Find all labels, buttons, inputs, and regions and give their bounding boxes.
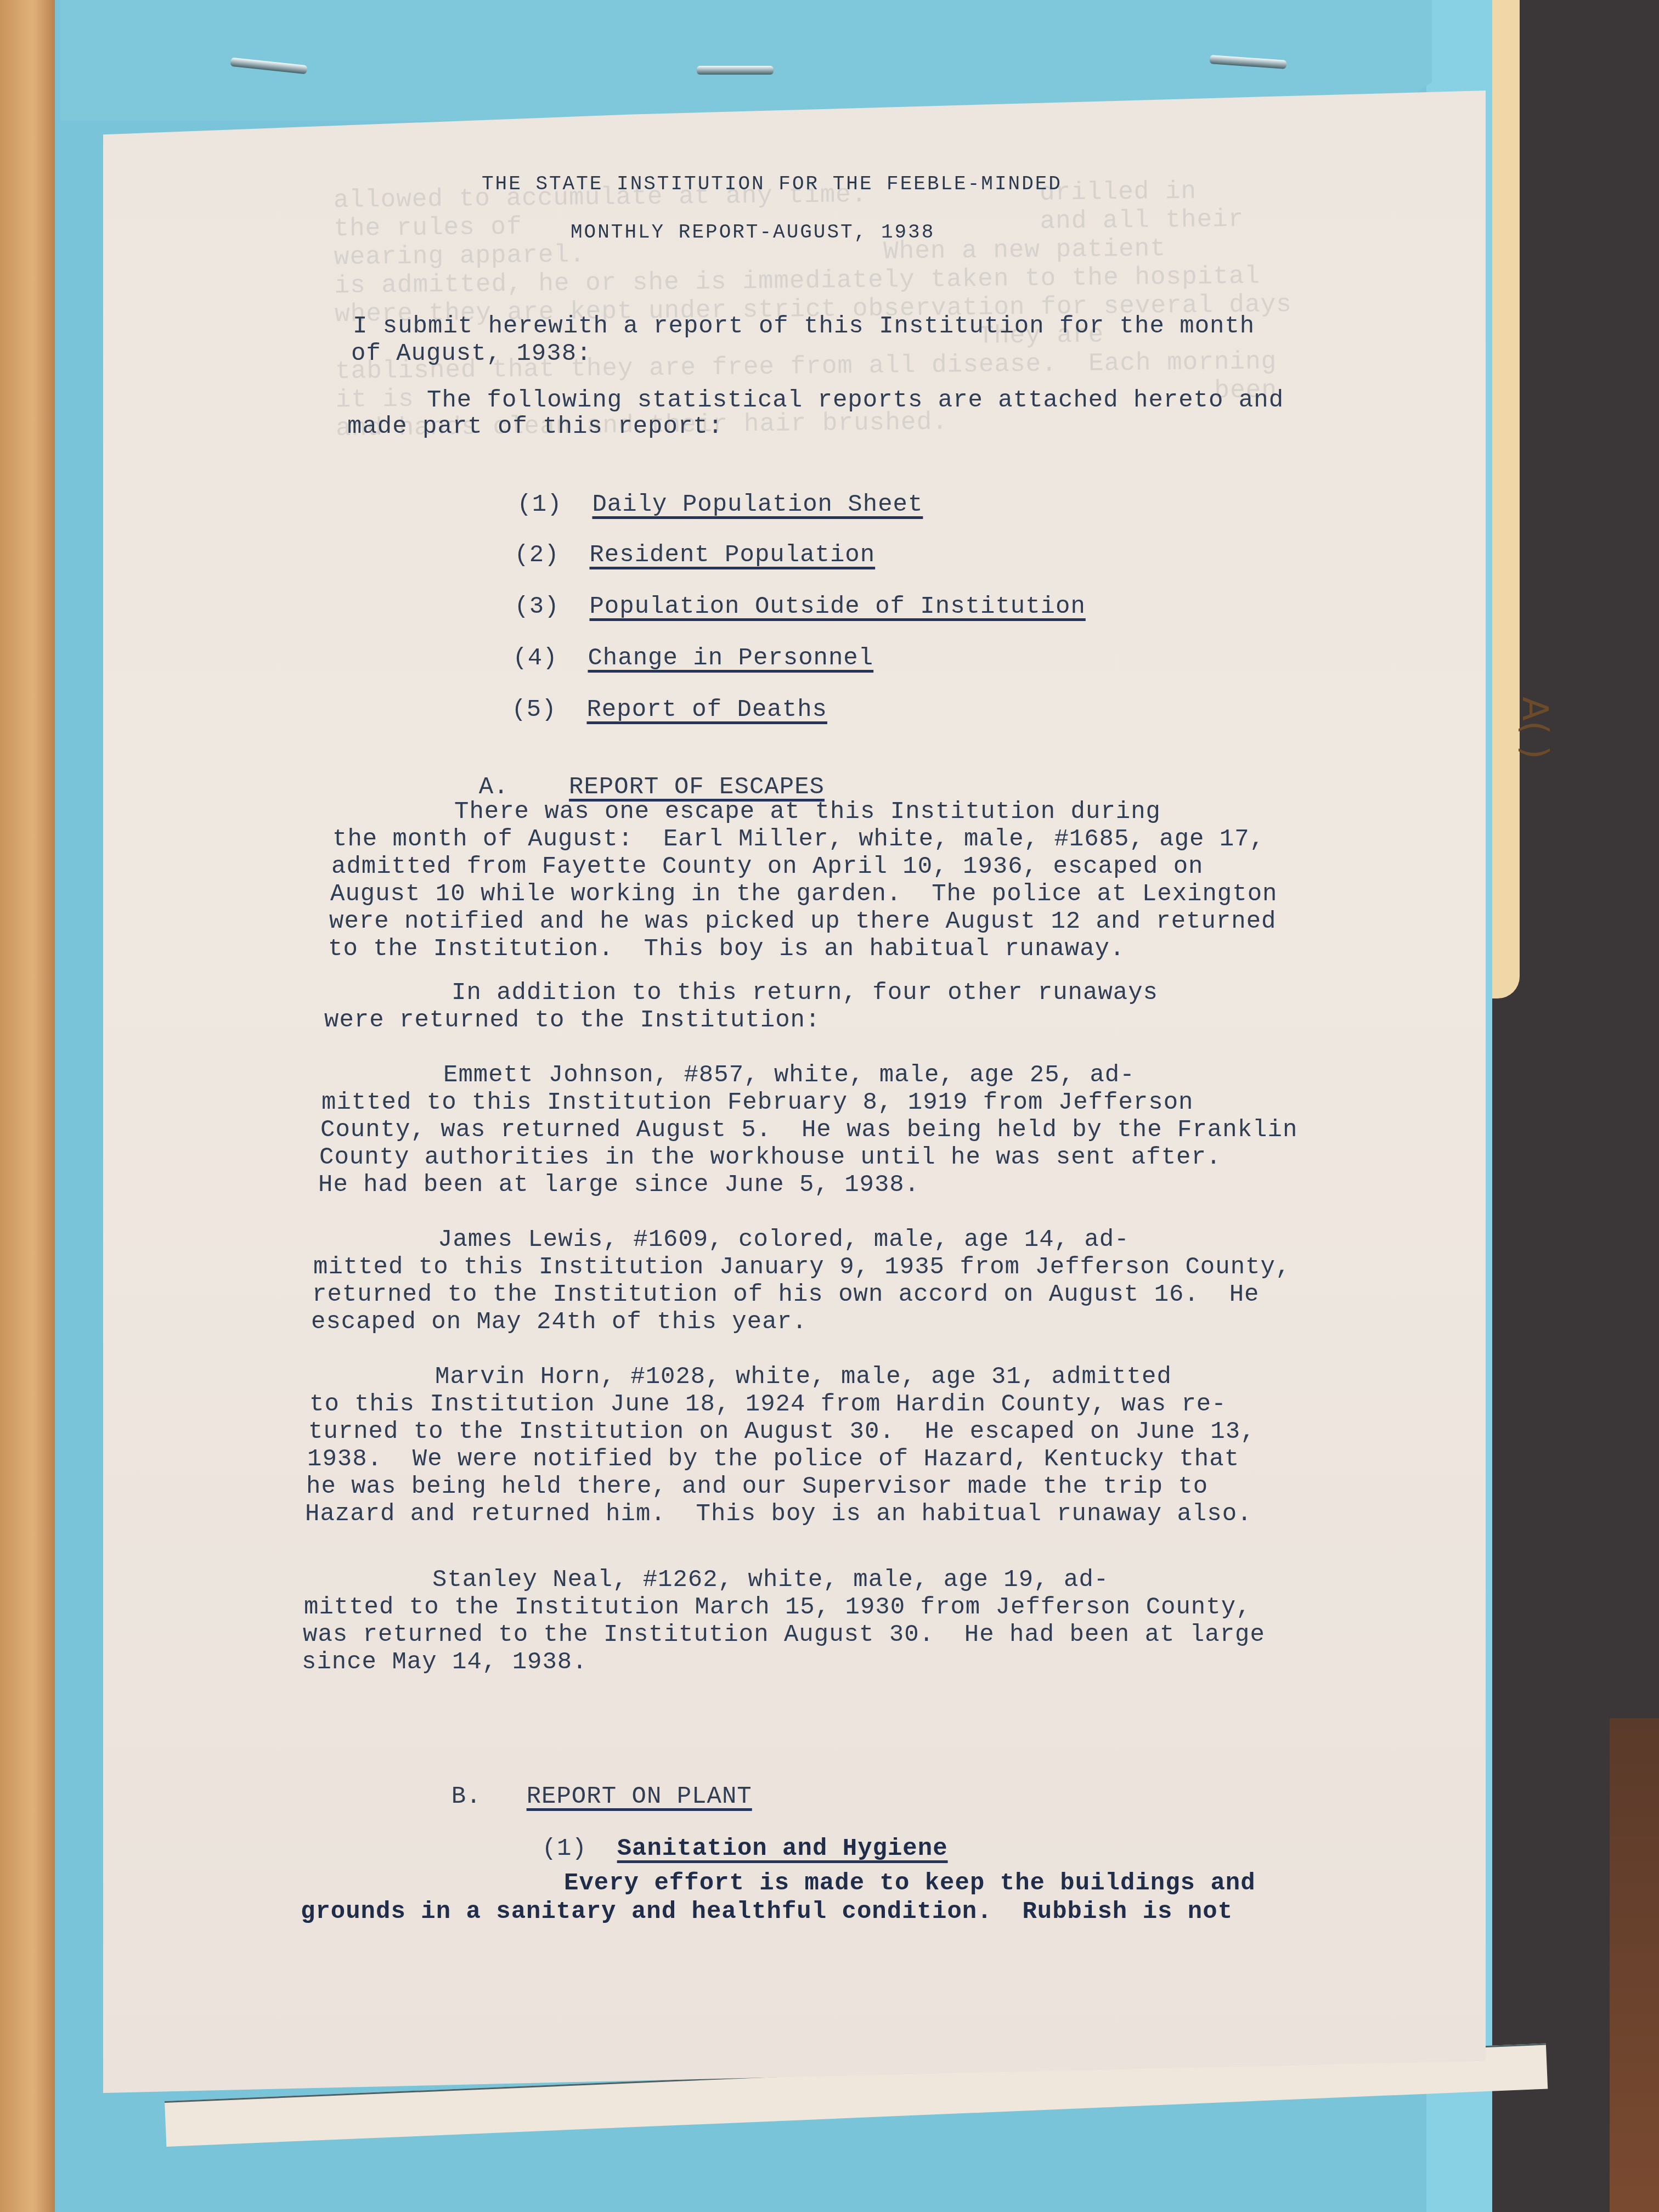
attachment-label: Population Outside of Institution: [589, 593, 1085, 620]
attachment-label: Change in Personnel: [588, 645, 873, 672]
subsection-number: (1): [542, 1835, 587, 1863]
body-line: admitted from Fayette County on April 10…: [331, 853, 1203, 881]
attachment-number: (4): [512, 645, 557, 672]
folder-tab-mark: A( ): [1514, 697, 1555, 759]
attachments-intro-line: The following statistical reports are at…: [427, 387, 1284, 414]
body-line: the month of August: Earl Miller, white,…: [332, 826, 1265, 853]
body-line: Every effort is made to keep the buildin…: [564, 1870, 1256, 1897]
attachment-item: (5) Report of Deaths: [421, 669, 827, 751]
body-line: mitted to the Institution March 15, 1930…: [304, 1594, 1251, 1621]
section-letter: A.: [479, 774, 509, 801]
body-line: to the Institution. This boy is an habit…: [328, 935, 1125, 963]
body-line: turned to the Institution on August 30. …: [308, 1418, 1255, 1446]
body-line: Stanley Neal, #1262, white, male, age 19…: [432, 1566, 1109, 1594]
body-line: There was one escape at this Institution…: [454, 798, 1161, 826]
body-line: he was being held there, and our Supervi…: [306, 1473, 1208, 1500]
body-line: mitted to this Institution February 8, 1…: [321, 1089, 1193, 1116]
body-line: James Lewis, #1609, colored, male, age 1…: [438, 1226, 1130, 1254]
body-line: He had been at large since June 5, 1938.: [318, 1171, 919, 1199]
body-line: since May 14, 1938.: [302, 1649, 588, 1676]
section-title: REPORT OF ESCAPES: [569, 774, 825, 801]
desk-corner: [1610, 1718, 1659, 2212]
body-line: was returned to the Institution August 3…: [303, 1621, 1265, 1649]
body-line: County authorities in the workhouse unti…: [319, 1144, 1221, 1171]
attachment-label: Report of Deaths: [586, 696, 827, 724]
body-line: 1938. We were notified by the police of …: [307, 1446, 1239, 1473]
attachment-number: (2): [514, 541, 559, 569]
intro-line: of August, 1938:: [351, 340, 591, 368]
body-line: Marvin Horn, #1028, white, male, age 31,…: [435, 1363, 1172, 1391]
body-line: mitted to this Institution January 9, 19…: [313, 1254, 1290, 1281]
body-line: August 10 while working in the garden. T…: [330, 881, 1277, 908]
body-line: County, was returned August 5. He was be…: [320, 1116, 1297, 1144]
typed-document: THE STATE INSTITUTION FOR THE FEEBLE-MIN…: [103, 91, 1486, 2093]
section-letter: B.: [452, 1783, 482, 1810]
body-line: Hazard and returned him. This boy is an …: [305, 1500, 1252, 1528]
attachment-number: (5): [511, 696, 556, 724]
body-line: returned to the Institution of his own a…: [312, 1281, 1259, 1308]
attachment-label: Resident Population: [589, 541, 875, 569]
body-line: In addition to this return, four other r…: [452, 979, 1158, 1007]
intro-line: I submit herewith a report of this Insti…: [353, 313, 1255, 340]
attachments-intro-line: made part of this report:: [347, 413, 723, 441]
institution-heading: THE STATE INSTITUTION FOR THE FEEBLE-MIN…: [482, 173, 1062, 195]
staple-icon: [697, 66, 774, 75]
body-line: grounds in a sanitary and healthful cond…: [301, 1898, 1233, 1926]
subsection-title: Sanitation and Hygiene: [617, 1835, 948, 1863]
body-line: escaped on May 24th of this year.: [311, 1308, 807, 1336]
body-line: were returned to the Institution:: [324, 1007, 820, 1034]
body-line: to this Institution June 18, 1924 from H…: [309, 1391, 1227, 1418]
body-line: were notified and he was picked up there…: [329, 908, 1276, 935]
attachment-number: (3): [514, 593, 559, 620]
report-title: MONTHLY REPORT-AUGUST, 1938: [571, 221, 935, 244]
section-title: REPORT ON PLANT: [527, 1783, 752, 1810]
body-line: Emmett Johnson, #857, white, male, age 2…: [443, 1062, 1135, 1089]
wood-surface: [0, 0, 55, 2212]
